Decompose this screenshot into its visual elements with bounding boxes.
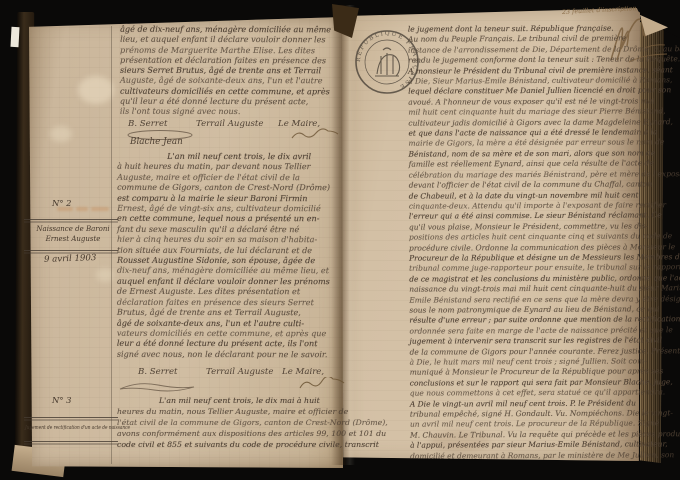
act-margin-date: 9 avril 1903 — [44, 253, 97, 265]
handwritten-line: Auguste, maire et officier de l'état civ… — [117, 172, 347, 183]
margin-rule-vertical — [111, 26, 112, 464]
signature-flourish — [118, 381, 196, 395]
handwritten-line: vateurs domiciliés en cette commune, et … — [117, 328, 347, 339]
act-number: N° 2 — [52, 198, 72, 208]
paper-stain — [78, 76, 114, 104]
handwritten-line: heures du matin, nous Tellier Auguste, m… — [117, 407, 353, 418]
handwritten-line: déclaration faites en présence des sieur… — [117, 296, 347, 307]
handwritten-line: rendu le jugement conforme dont la teneu… — [408, 55, 656, 67]
act2-text-block: L'an mil neuf cent trois, le dix avrilà … — [117, 151, 347, 360]
act3-text-block: L'an mil neuf cent trois, le dix mai à h… — [117, 396, 353, 451]
handwritten-line: lieu, et auquel enfant il déclare vouloi… — [120, 34, 348, 45]
handwritten-line: L'an mil neuf cent trois, le dix avril — [117, 151, 347, 162]
handwritten-line: cultivateurs domiciliés en cette commune… — [120, 85, 348, 96]
handwritten-line: l'état civil de la commune de Gigors, ca… — [117, 418, 353, 429]
signature: Le Maire, — [282, 367, 324, 377]
handwritten-line: est comparu à la mairie le sieur Baroni … — [117, 192, 347, 203]
handwritten-line: muniqué à Monsieur le Procureur de la Ré… — [410, 367, 658, 379]
signature: Terrail Auguste — [196, 119, 263, 129]
handwritten-line: ordonnée sera faite en marge de l'acte d… — [409, 325, 657, 337]
handwritten-line: présentation et déclaration faites en pr… — [120, 55, 348, 66]
handwritten-line: Rousset Augustine Sidonie, son épouse, â… — [117, 255, 347, 266]
margin-rule-horizontal — [24, 250, 118, 251]
handwritten-line: prénoms de Marguerite Marthe Elise. Les … — [120, 44, 348, 55]
signature-paraph — [298, 377, 346, 391]
handwritten-line: procédure civile. Ordonne la communicati… — [409, 242, 657, 254]
act1-text-block: âgé de dix-neuf ans, ménagère domiciliée… — [120, 24, 348, 117]
handwritten-line: commune de Gigors, canton de Crest-Nord … — [117, 182, 347, 193]
act-margin-title-line: Ernest Auguste — [30, 235, 116, 245]
handwritten-line: code civil et 855 et suivants du code de… — [117, 440, 353, 451]
handwritten-line: Brutus, âgé de trente ans et Terrail Aug… — [117, 307, 347, 318]
signature: Terrail Auguste — [206, 367, 273, 377]
handwritten-line: L'an mil neuf cent trois, le dix mai à h… — [117, 396, 353, 407]
handwritten-line: signé avec nous, non le déclarant pour n… — [117, 349, 347, 360]
handwritten-line: tion située aux Fourniats, de lui déclar… — [117, 244, 347, 255]
handwritten-line: cinquante-deux. Attendu qu'il importe à … — [409, 200, 657, 212]
handwritten-line: Auguste, âgé de soixante-deux ans, l'un … — [120, 75, 348, 86]
signature: B. Serret — [138, 367, 178, 377]
handwritten-line: qu'il leur a été donné lecture du présen… — [120, 96, 348, 107]
handwritten-line: auquel enfant il déclare vouloir donner … — [117, 276, 347, 287]
signature-paraph — [290, 128, 340, 142]
stamp-emblem — [375, 48, 400, 76]
handwritten-line: avons conformément aux dispositions des … — [117, 429, 353, 440]
handwritten-line: à huit heures du matin, par devant nous … — [117, 161, 347, 172]
page-marker-tab — [10, 27, 19, 47]
handwritten-line: dix-neuf ans, ménagère domiciliée au mêm… — [117, 265, 347, 276]
handwritten-line: Ernest, âgé de vingt-six ans, cultivateu… — [117, 203, 347, 214]
handwritten-line: de Ernest Auguste. Les dites présentatio… — [117, 286, 347, 297]
handwritten-line: âgé de soixante-deux ans, l'un et l'autr… — [117, 317, 347, 328]
act-number: N° 3 — [52, 395, 72, 405]
handwritten-line: mairie de Gigors, la mère a été désignée… — [408, 138, 656, 150]
handwritten-line: cultivateur jadis domicilié à Gigors ave… — [408, 117, 656, 129]
handwritten-line: devant l'officier de l'état civil de la … — [409, 179, 657, 191]
handwritten-line: en cette commune, lequel nous a présenté… — [117, 213, 347, 224]
judgment-transcription-block: le jugement dont la teneur suit. Républi… — [408, 23, 658, 461]
act-margin-title-line: Naissance de Baroni — [30, 225, 116, 235]
handwritten-line: fant du sexe masculin qu'il a déclaré êt… — [117, 224, 347, 235]
margin-rule-horizontal — [24, 441, 118, 442]
handwritten-line: leur a été donné lecture du présent acte… — [117, 338, 347, 349]
handwritten-line: âgé de dix-neuf ans, ménagère domiciliée… — [120, 24, 348, 35]
handwritten-line: M. Chauvin. Le Tribunal. Vu la requête q… — [410, 429, 658, 441]
handwritten-line: ils l'ont tous signé avec nous. — [120, 106, 348, 117]
handwritten-line: domicilié et demeurant à Romans, par le … — [410, 450, 658, 462]
handwritten-line: sieurs Serret Brutus, âgé de trente ans … — [120, 65, 348, 76]
act-margin-title: Naissance de Baroni Ernest Auguste — [30, 225, 116, 244]
handwritten-line: sous le nom patronymique de Eynard au li… — [409, 304, 657, 316]
register-scan-photo: N° 2 Naissance de Baroni Ernest Auguste … — [0, 0, 680, 480]
handwritten-line: tribunal comme juge-rapporteur pour ensu… — [409, 263, 657, 275]
handwritten-line: que nous commettons à cet effet, sera st… — [410, 388, 658, 400]
handwritten-line: hier à cinq heures du soir en sa maison … — [117, 234, 347, 245]
witness-signature: Blache Jean — [130, 137, 183, 147]
act-margin-title: Jugement de rectification d'un acte de n… — [25, 425, 130, 431]
margin-rule-horizontal — [24, 417, 118, 418]
margin-rule-horizontal — [24, 219, 118, 220]
handwritten-line: à Die, Sieur Marius-Emile Bénistand, cul… — [408, 75, 656, 87]
